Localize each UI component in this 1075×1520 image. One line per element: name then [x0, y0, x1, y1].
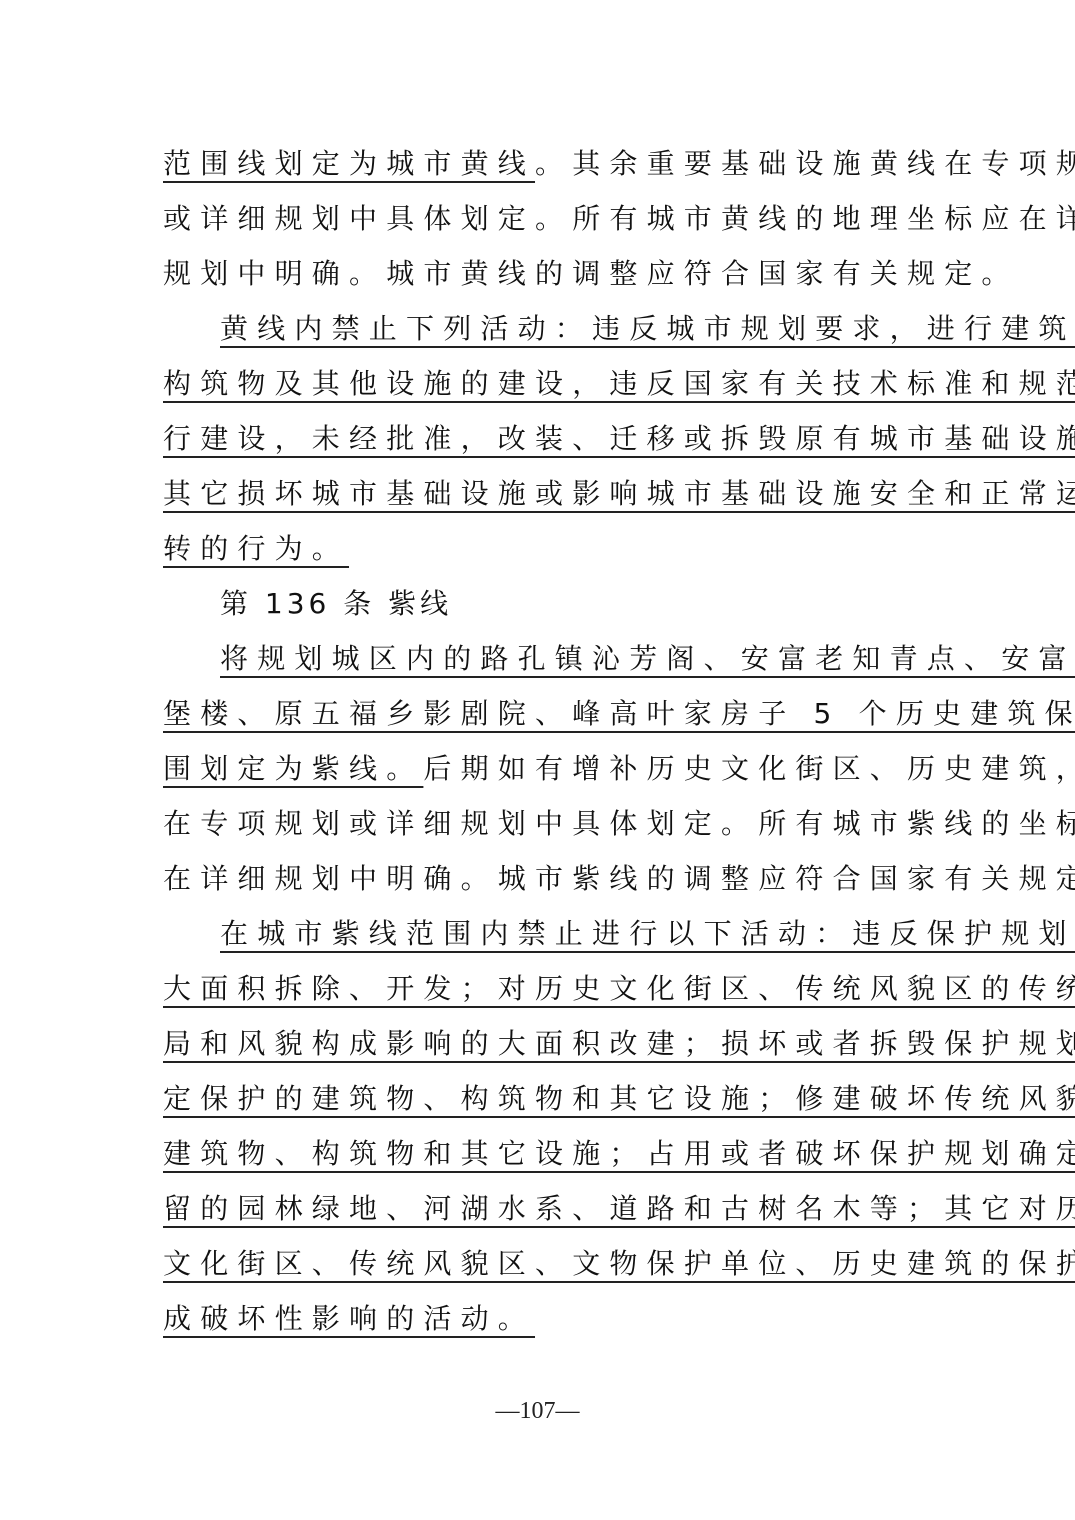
plain-text: 后期如有增补历史文化街区、历史建筑，应	[423, 752, 1075, 785]
underlined-text: 转的行为。	[163, 532, 349, 565]
article-number: 第 136 条	[220, 587, 375, 620]
text-line: 或详细规划中具体划定。所有城市黄线的地理坐标应在详细	[163, 195, 913, 250]
underlined-text: 在城市紫线范围内禁止进行以下活动：违反保护规划的	[220, 917, 1075, 950]
underlined-text: 围划定为紫线。	[163, 752, 423, 785]
text-line: 围划定为紫线。后期如有增补历史文化街区、历史建筑，应	[163, 745, 913, 800]
underlined-text: 留的园林绿地、河湖水系、道路和古树名木等；其它对历史	[163, 1192, 1075, 1225]
underlined-text: 范围线划定为城市黄线	[163, 147, 535, 180]
text-line: 局和风貌构成影响的大面积改建；损坏或者拆毁保护规划确	[163, 1020, 913, 1075]
text-line: 文化街区、传统风貌区、文物保护单位、历史建筑的保护构	[163, 1240, 913, 1295]
underlined-text: 建筑物、构筑物和其它设施；占用或者破坏保护规划确定保	[163, 1137, 1075, 1170]
text-line: 构筑物及其他设施的建设，违反国家有关技术标准和规范进	[163, 360, 913, 415]
underlined-text: 局和风貌构成影响的大面积改建；损坏或者拆毁保护规划确	[163, 1027, 1075, 1060]
page-number: —107—	[0, 1398, 1075, 1425]
underlined-text: 定保护的建筑物、构筑物和其它设施；修建破坏传统风貌的	[163, 1082, 1075, 1115]
paragraph-yellow-line-prohibited: 黄线内禁止下列活动：违反城市规划要求，进行建筑物、 构筑物及其他设施的建设，违反…	[163, 305, 913, 580]
paragraph-purple-line-prohibited: 在城市紫线范围内禁止进行以下活动：违反保护规划的 大面积拆除、开发；对历史文化街…	[163, 910, 913, 1350]
text-line: 规划中明确。城市黄线的调整应符合国家有关规定。	[163, 250, 913, 305]
underlined-text: 文化街区、传统风貌区、文物保护单位、历史建筑的保护构	[163, 1247, 1075, 1280]
underlined-text: 其它损坏城市基础设施或影响城市基础设施安全和正常运	[163, 477, 1075, 510]
document-page: 范围线划定为城市黄线。其余重要基础设施黄线在专项规划 或详细规划中具体划定。所有…	[163, 140, 913, 1350]
text-line: 大面积拆除、开发；对历史文化街区、传统风貌区的传统格	[163, 965, 913, 1020]
underlined-text: 将规划城区内的路孔镇沁芳阁、安富老知青点、安富碉	[220, 642, 1075, 675]
underlined-text: 行建设，未经批准，改装、迁移或拆毁原有城市基础设施，	[163, 422, 1075, 455]
article-heading: 第 136 条 紫线	[163, 580, 913, 635]
text-line: 转的行为。	[163, 525, 913, 580]
underlined-text: 堡楼、原五福乡影剧院、峰高叶家房子 5 个历史建筑保护范	[163, 697, 1075, 730]
plain-text: 。其余重要基础设施黄线在专项规划	[535, 147, 1075, 180]
underlined-text: 黄线内禁止下列活动：违反城市规划要求，进行建筑物、	[220, 312, 1075, 345]
text-line: 成破坏性影响的活动。	[163, 1295, 913, 1350]
text-line: 行建设，未经批准，改装、迁移或拆毁原有城市基础设施，	[163, 415, 913, 470]
underlined-text: 构筑物及其他设施的建设，违反国家有关技术标准和规范进	[163, 367, 1075, 400]
text-line: 在专项规划或详细规划中具体划定。所有城市紫线的坐标应	[163, 800, 913, 855]
text-line: 将规划城区内的路孔镇沁芳阁、安富老知青点、安富碉	[163, 635, 913, 690]
text-line: 黄线内禁止下列活动：违反城市规划要求，进行建筑物、	[163, 305, 913, 360]
text-line: 建筑物、构筑物和其它设施；占用或者破坏保护规划确定保	[163, 1130, 913, 1185]
paragraph-yellow-line-scope: 范围线划定为城市黄线。其余重要基础设施黄线在专项规划 或详细规划中具体划定。所有…	[163, 140, 913, 305]
text-line: 范围线划定为城市黄线。其余重要基础设施黄线在专项规划	[163, 140, 913, 195]
underlined-text: 大面积拆除、开发；对历史文化街区、传统风貌区的传统格	[163, 972, 1075, 1005]
text-line: 留的园林绿地、河湖水系、道路和古树名木等；其它对历史	[163, 1185, 913, 1240]
text-line: 其它损坏城市基础设施或影响城市基础设施安全和正常运	[163, 470, 913, 525]
text-line: 在城市紫线范围内禁止进行以下活动：违反保护规划的	[163, 910, 913, 965]
text-line: 在详细规划中明确。城市紫线的调整应符合国家有关规定。	[163, 855, 913, 910]
article-title: 紫线	[388, 587, 452, 620]
text-line: 定保护的建筑物、构筑物和其它设施；修建破坏传统风貌的	[163, 1075, 913, 1130]
text-line: 堡楼、原五福乡影剧院、峰高叶家房子 5 个历史建筑保护范	[163, 690, 913, 745]
underlined-text: 成破坏性影响的活动。	[163, 1302, 535, 1335]
paragraph-purple-line-scope: 将规划城区内的路孔镇沁芳阁、安富老知青点、安富碉 堡楼、原五福乡影剧院、峰高叶家…	[163, 635, 913, 910]
